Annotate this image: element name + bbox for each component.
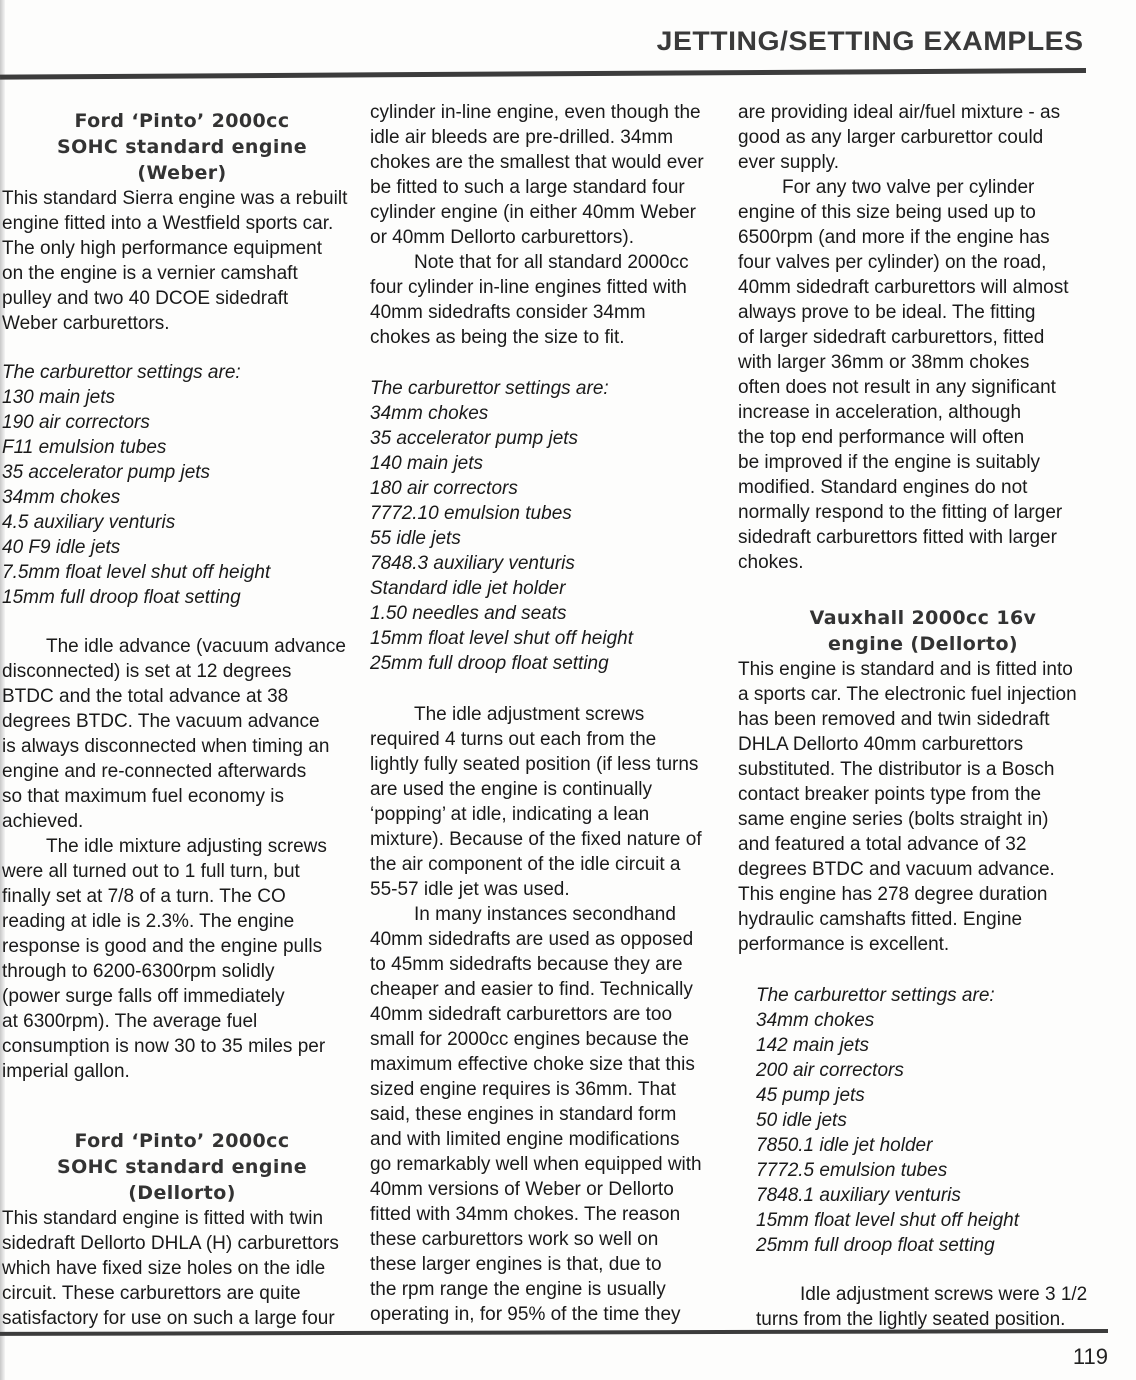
setting-item: 180 air correctors	[370, 476, 730, 501]
settings-title: The carburettor settings are:	[756, 983, 1108, 1008]
setting-item: 55 idle jets	[370, 526, 730, 551]
text-line: through to 6200-6300rpm solidly	[2, 959, 362, 984]
setting-item: Standard idle jet holder	[370, 576, 730, 601]
text-line: DHLA Dellorto 40mm carburettors	[738, 732, 1108, 757]
text-line: sidedraft carburettors fitted with large…	[738, 525, 1108, 550]
text-line: 6500rpm (and more if the engine has	[738, 225, 1108, 250]
text-line: reading at idle is 2.3%. The engine	[2, 909, 362, 934]
text-line: achieved.	[2, 809, 362, 834]
setting-item: 200 air correctors	[756, 1058, 1108, 1083]
text-line: satisfactory for use on such a large fou…	[2, 1306, 362, 1331]
text-line: engine of this size being used up to	[738, 200, 1108, 225]
column-3: are providing ideal air/fuel mixture - a…	[738, 100, 1108, 1332]
text-line: the top end performance will often	[738, 425, 1108, 450]
text-line: This standard engine is fitted with twin	[2, 1206, 362, 1231]
text-line: ever supply.	[738, 150, 1108, 175]
setting-item: F11 emulsion tubes	[2, 435, 362, 460]
text-line: maximum effective choke size that this	[370, 1052, 730, 1077]
text-line: operating in, for 95% of the time they	[370, 1302, 730, 1327]
setting-item: 15mm float level shut off height	[756, 1208, 1108, 1233]
text-line: imperial gallon.	[2, 1059, 362, 1084]
text-line: idle air bleeds are pre-drilled. 34mm	[370, 125, 730, 150]
text-line: performance is excellent.	[738, 932, 1108, 957]
settings-title: The carburettor settings are:	[2, 360, 362, 385]
text-line: four valves per cylinder) on the road,	[738, 250, 1108, 275]
text-line: to 45mm sidedrafts because they are	[370, 952, 730, 977]
text-line: so that maximum fuel economy is	[2, 784, 362, 809]
column-2: cylinder in-line engine, even though the…	[370, 100, 730, 1327]
text-line: chokes are the smallest that would ever	[370, 150, 730, 175]
text-line: go remarkably well when equipped with	[370, 1152, 730, 1177]
page-number: 119	[1073, 1344, 1108, 1370]
setting-item: 34mm chokes	[2, 485, 362, 510]
text-line: a sports car. The electronic fuel inject…	[738, 682, 1108, 707]
section-heading: Ford ‘Pinto’ 2000cc	[2, 108, 362, 134]
running-head: JETTING/SETTING EXAMPLES	[657, 26, 1084, 57]
setting-item: 7772.10 emulsion tubes	[370, 501, 730, 526]
setting-item: 4.5 auxiliary venturis	[2, 510, 362, 535]
text-line: For any two valve per cylinder	[738, 175, 1108, 200]
text-line: four cylinder in-line engines fitted wit…	[370, 275, 730, 300]
section-heading: SOHC standard engine	[2, 1154, 362, 1180]
text-line: response is good and the engine pulls	[2, 934, 362, 959]
text-line: on the engine is a vernier camshaft	[2, 261, 362, 286]
text-line: hydraulic camshafts fitted. Engine	[738, 907, 1108, 932]
text-line: 40mm sidedrafts are used as opposed	[370, 927, 730, 952]
text-line: increase in acceleration, although	[738, 400, 1108, 425]
text-line: are used the engine is continually	[370, 777, 730, 802]
setting-item: 35 accelerator pump jets	[370, 426, 730, 451]
text-line: 40mm sidedraft carburettors will almost	[738, 275, 1108, 300]
text-line: said, these engines in standard form	[370, 1102, 730, 1127]
text-line: lightly fully seated position (if less t…	[370, 752, 730, 777]
header-rule	[0, 68, 1086, 80]
setting-item: 40 F9 idle jets	[2, 535, 362, 560]
text-line: Note that for all standard 2000cc	[370, 250, 730, 275]
text-line: sidedraft Dellorto DHLA (H) carburettors	[2, 1231, 362, 1256]
setting-item: 25mm full droop float setting	[370, 651, 730, 676]
text-line: small for 2000cc engines because the	[370, 1027, 730, 1052]
setting-item: 1.50 needles and seats	[370, 601, 730, 626]
text-line: cheaper and easier to find. Technically	[370, 977, 730, 1002]
section-heading: SOHC standard engine	[2, 134, 362, 160]
text-line: cylinder in-line engine, even though the	[370, 100, 730, 125]
text-line: Weber carburettors.	[2, 311, 362, 336]
text-line: required 4 turns out each from the	[370, 727, 730, 752]
text-line: mixture). Because of the fixed nature of	[370, 827, 730, 852]
setting-item: 142 main jets	[756, 1033, 1108, 1058]
text-line: Idle adjustment screws were 3 1/2	[756, 1282, 1108, 1307]
setting-item: 34mm chokes	[756, 1008, 1108, 1033]
column-1: Ford ‘Pinto’ 2000cc SOHC standard engine…	[2, 100, 362, 1331]
setting-item: 45 pump jets	[756, 1083, 1108, 1108]
setting-item: 35 accelerator pump jets	[2, 460, 362, 485]
setting-item: 15mm full droop float setting	[2, 585, 362, 610]
text-line: with larger 36mm or 38mm chokes	[738, 350, 1108, 375]
text-line: (power surge falls off immediately	[2, 984, 362, 1009]
text-line: fitted with 34mm chokes. The reason	[370, 1202, 730, 1227]
text-line: were all turned out to 1 full turn, but	[2, 859, 362, 884]
text-line: 40mm sidedrafts consider 34mm	[370, 300, 730, 325]
setting-item: 7850.1 idle jet holder	[756, 1133, 1108, 1158]
text-line: good as any larger carburettor could	[738, 125, 1108, 150]
setting-item: 7848.3 auxiliary venturis	[370, 551, 730, 576]
text-line: always prove to be ideal. The fitting	[738, 300, 1108, 325]
section-heading: Ford ‘Pinto’ 2000cc	[2, 1128, 362, 1154]
setting-item: 50 idle jets	[756, 1108, 1108, 1133]
text-line: be fitted to such a large standard four	[370, 175, 730, 200]
text-line: This engine has 278 degree duration	[738, 882, 1108, 907]
text-line: the air component of the idle circuit a	[370, 852, 730, 877]
text-line: This engine is standard and is fitted in…	[738, 657, 1108, 682]
setting-item: 25mm full droop float setting	[756, 1233, 1108, 1258]
section-heading: (Dellorto)	[2, 1180, 362, 1206]
text-line: The idle adjustment screws	[370, 702, 730, 727]
text-line: or 40mm Dellorto carburettors).	[370, 225, 730, 250]
text-line: these larger engines is that, due to	[370, 1252, 730, 1277]
text-line: degrees BTDC and vacuum advance.	[738, 857, 1108, 882]
setting-item: 140 main jets	[370, 451, 730, 476]
text-line: This standard Sierra engine was a rebuil…	[2, 186, 362, 211]
text-line: at 6300rpm). The average fuel	[2, 1009, 362, 1034]
text-line: 55-57 idle jet was used.	[370, 877, 730, 902]
text-line: 40mm sidedraft carburettors are too	[370, 1002, 730, 1027]
text-line: and with limited engine modifications	[370, 1127, 730, 1152]
setting-item: 130 main jets	[2, 385, 362, 410]
text-line: sized engine requires is 36mm. That	[370, 1077, 730, 1102]
text-line: and featured a total advance of 32	[738, 832, 1108, 857]
section-heading: (Weber)	[2, 160, 362, 186]
text-line: finally set at 7/8 of a turn. The CO	[2, 884, 362, 909]
text-line: the rpm range the engine is usually	[370, 1277, 730, 1302]
text-line: The idle mixture adjusting screws	[2, 834, 362, 859]
setting-item: 190 air correctors	[2, 410, 362, 435]
text-line: pulley and two 40 DCOE sidedraft	[2, 286, 362, 311]
text-line: chokes as being the size to fit.	[370, 325, 730, 350]
text-line: engine fitted into a Westfield sports ca…	[2, 211, 362, 236]
text-line: often does not result in any significant	[738, 375, 1108, 400]
text-line: disconnected) is set at 12 degrees	[2, 659, 362, 684]
text-line: ‘popping’ at idle, indicating a lean	[370, 802, 730, 827]
section-heading: engine (Dellorto)	[738, 631, 1108, 657]
text-line: substituted. The distributor is a Bosch	[738, 757, 1108, 782]
section-heading: Vauxhall 2000cc 16v	[738, 605, 1108, 631]
setting-item: 7772.5 emulsion tubes	[756, 1158, 1108, 1183]
text-line: normally respond to the fitting of large…	[738, 500, 1108, 525]
settings-title: The carburettor settings are:	[370, 376, 730, 401]
setting-item: 34mm chokes	[370, 401, 730, 426]
text-line: In many instances secondhand	[370, 902, 730, 927]
text-line: are providing ideal air/fuel mixture - a…	[738, 100, 1108, 125]
text-line: be improved if the engine is suitably	[738, 450, 1108, 475]
text-line: contact breaker points type from the	[738, 782, 1108, 807]
text-line: consumption is now 30 to 35 miles per	[2, 1034, 362, 1059]
text-line: same engine series (bolts straight in)	[738, 807, 1108, 832]
text-line: circuit. These carburettors are quite	[2, 1281, 362, 1306]
setting-item: 15mm float level shut off height	[370, 626, 730, 651]
text-line: of larger sidedraft carburettors, fitted	[738, 325, 1108, 350]
text-line: 40mm versions of Weber or Dellorto	[370, 1177, 730, 1202]
setting-item: 7.5mm float level shut off height	[2, 560, 362, 585]
text-line: engine and re-connected afterwards	[2, 759, 362, 784]
text-line: has been removed and twin sidedraft	[738, 707, 1108, 732]
text-line: The only high performance equipment	[2, 236, 362, 261]
text-line: which have fixed size holes on the idle	[2, 1256, 362, 1281]
text-line: chokes.	[738, 550, 1108, 575]
text-line: degrees BTDC. The vacuum advance	[2, 709, 362, 734]
text-line: The idle advance (vacuum advance	[2, 634, 362, 659]
text-line: BTDC and the total advance at 38	[2, 684, 362, 709]
text-line: these carburettors work so well on	[370, 1227, 730, 1252]
text-line: is always disconnected when timing an	[2, 734, 362, 759]
text-line: modified. Standard engines do not	[738, 475, 1108, 500]
text-line: cylinder engine (in either 40mm Weber	[370, 200, 730, 225]
setting-item: 7848.1 auxiliary venturis	[756, 1183, 1108, 1208]
